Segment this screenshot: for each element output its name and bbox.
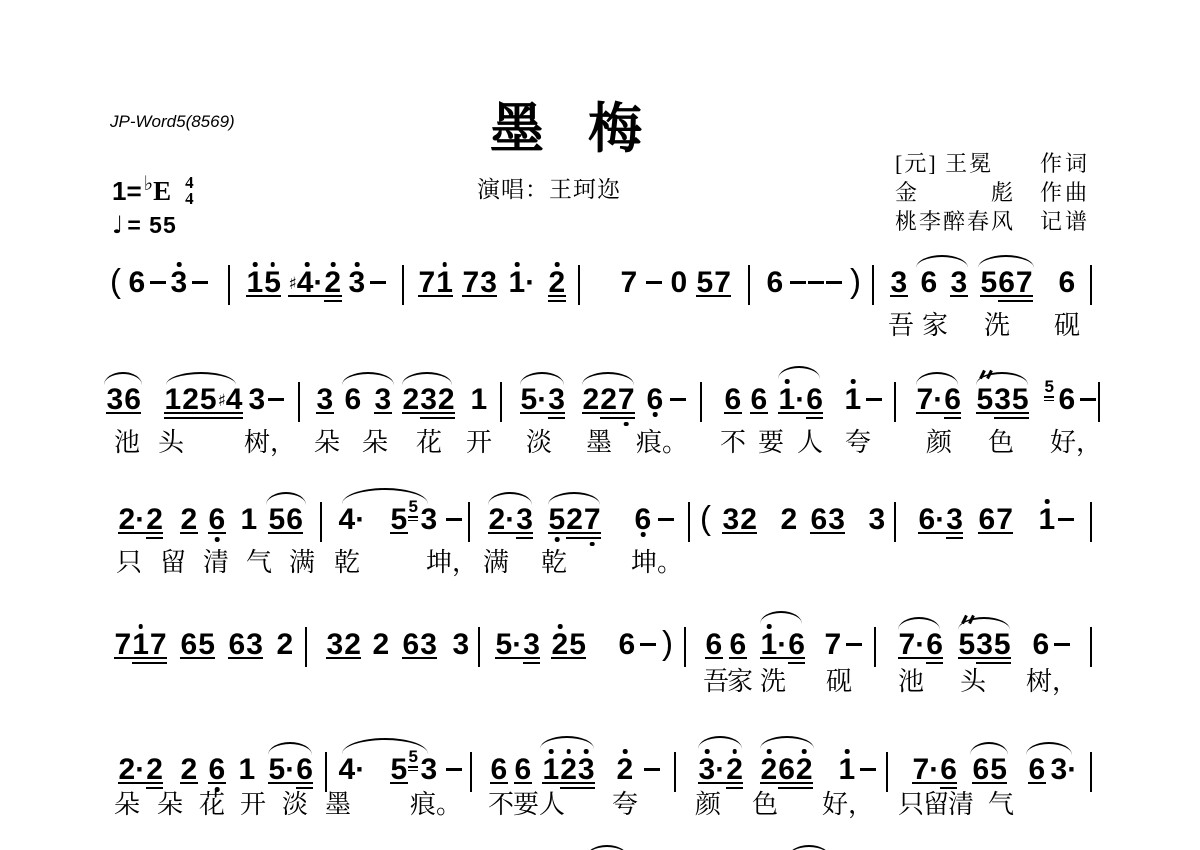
beam-underline <box>286 532 304 534</box>
note: 2 <box>551 630 569 660</box>
note: 5 <box>958 630 976 660</box>
note-group: 5·3 <box>520 385 565 415</box>
beam-underline <box>998 300 1016 302</box>
barline <box>578 265 580 305</box>
note-digit: 1 <box>845 383 862 416</box>
beam-underline <box>946 532 964 534</box>
beam-underline <box>1044 396 1054 398</box>
octave-dot-high <box>558 624 563 629</box>
note: 3 <box>480 268 498 298</box>
note-group: 7 <box>620 268 638 298</box>
slur-arc <box>916 255 968 268</box>
note-group: 6 <box>729 630 747 660</box>
beam-underline <box>978 532 996 534</box>
beam-underline <box>548 295 566 297</box>
note: 6· <box>918 505 946 535</box>
beam-underline <box>810 532 828 534</box>
octave-dot-high <box>270 262 275 267</box>
note-group: 6 <box>646 385 664 415</box>
note: 3· <box>698 755 726 785</box>
note-digit: 5 <box>1045 377 1054 396</box>
note-group: 3 <box>452 630 470 660</box>
note-group: 535 <box>976 385 1029 415</box>
note: 2 <box>726 755 744 785</box>
duration-dash <box>370 281 386 284</box>
augmentation-dot: · <box>525 266 535 299</box>
lyric-syllable: 坤。 <box>631 550 683 576</box>
note-group: 1 <box>470 385 488 415</box>
lyric-syllable: 痕。 <box>410 792 462 818</box>
note: 5· <box>268 755 296 785</box>
note-group: 5·6 <box>268 755 313 785</box>
beam-underline <box>994 417 1012 419</box>
note-group: 6 <box>618 630 636 660</box>
note: 2 <box>582 385 600 415</box>
note: 2 <box>276 630 294 660</box>
beam-underline <box>420 657 438 659</box>
beam-underline <box>980 295 998 297</box>
note: 1 <box>542 755 560 785</box>
note-group: 2 <box>276 630 294 660</box>
lyric-syllable: 砚 <box>826 669 852 695</box>
beam-underline <box>1015 295 1033 297</box>
barline <box>700 382 702 422</box>
beam-underline <box>600 412 618 414</box>
octave-dot-high <box>355 262 360 267</box>
note: 6 <box>944 385 962 415</box>
beam-underline <box>180 782 198 784</box>
beam-underline <box>402 657 420 659</box>
note: 7 <box>114 630 132 660</box>
note: 6 <box>228 630 246 660</box>
beam-underline <box>418 295 436 297</box>
beam-underline <box>208 532 226 534</box>
note-digit: 7 <box>825 628 842 661</box>
lyric-syllable: 淡 <box>282 792 308 818</box>
note: 5 <box>1011 385 1029 415</box>
octave-dot-high <box>851 379 856 384</box>
octave-dot-high <box>802 749 807 754</box>
note-group: 5 <box>390 505 408 535</box>
beam-underline <box>436 295 454 297</box>
octave-dot-high <box>732 749 737 754</box>
note-group: 3· <box>1050 755 1078 785</box>
beam-underline <box>217 417 243 419</box>
lyric-syllable: 色 <box>752 792 778 818</box>
beam-underline <box>617 412 635 414</box>
beam-underline <box>523 662 541 664</box>
beam-underline <box>420 417 438 419</box>
duration-dash <box>446 518 462 521</box>
beam-underline <box>944 417 962 419</box>
note-group: 2·2 <box>118 505 163 535</box>
note: 6 <box>920 268 938 298</box>
note: 3 <box>170 268 188 298</box>
note: 6 <box>998 268 1016 298</box>
note: 6 <box>208 505 226 535</box>
beam-underline <box>390 782 408 784</box>
barline <box>468 502 470 542</box>
lyric-syllable: 不 <box>720 430 746 456</box>
note-group: 3 <box>950 268 968 298</box>
beam-underline <box>118 782 146 784</box>
note-group: 717 <box>114 630 167 660</box>
lyric-syllable: 要 <box>758 430 784 456</box>
note-group: 7·6 <box>898 630 943 660</box>
beam-underline <box>548 412 566 414</box>
lyric-syllable: 砚 <box>1054 313 1080 339</box>
slur-arc <box>104 372 142 385</box>
note: 3 <box>994 385 1012 415</box>
note-group: 1·6 <box>760 630 805 660</box>
note: 5 <box>696 268 714 298</box>
parenthesis: ( <box>700 501 711 535</box>
note-group: 3 <box>890 268 908 298</box>
note-group: 15 <box>246 268 281 298</box>
lyric-syllable: 只 <box>898 792 924 818</box>
note-group: 6 <box>1058 268 1076 298</box>
beam-underline <box>490 782 508 784</box>
note: 2 <box>740 505 758 535</box>
beam-underline <box>795 782 813 784</box>
note: 1 <box>240 505 258 535</box>
note: 7· <box>898 630 926 660</box>
beam-underline <box>958 657 976 659</box>
lyric-syllable: 吾 <box>888 313 914 339</box>
beam-underline <box>577 782 595 784</box>
note: 6 <box>724 385 742 415</box>
note-group: 6 <box>208 755 226 785</box>
note: 6 <box>208 755 226 785</box>
beam-underline <box>788 662 806 664</box>
lyric-syllable: 色 <box>988 430 1014 456</box>
lyric-syllable: 开 <box>466 430 492 456</box>
note: 6 <box>940 755 958 785</box>
beam-underline <box>516 532 534 534</box>
note: 2 <box>760 755 778 785</box>
lyric-syllable: 人 <box>539 792 565 818</box>
sharp-icon: ♯ <box>218 391 226 411</box>
note: 3 <box>516 505 534 535</box>
duration-dash <box>644 768 660 771</box>
octave-dot-high <box>767 749 772 754</box>
note-group: 65 <box>180 630 215 660</box>
note-digit: 5 <box>409 497 418 516</box>
note: 2· <box>118 505 146 535</box>
note: 5 <box>264 268 282 298</box>
barline <box>305 627 307 667</box>
note-group: 63 <box>810 505 845 535</box>
note-group: 5 <box>408 505 418 515</box>
beam-underline <box>324 300 342 302</box>
barline <box>874 627 876 667</box>
note: 2 <box>324 268 342 298</box>
note-group: 3 <box>420 505 438 535</box>
note-group: 6·3 <box>918 505 963 535</box>
note-group: 262 <box>760 755 813 785</box>
beam-underline <box>296 782 314 784</box>
note: 2 <box>795 755 813 785</box>
beam-underline <box>246 657 264 659</box>
beam-underline <box>264 295 282 297</box>
beam-underline <box>164 412 182 414</box>
beam-underline <box>778 787 796 789</box>
note: 6 <box>1058 385 1076 415</box>
note-group: 3 <box>248 385 266 415</box>
beam-underline <box>1044 400 1054 402</box>
grace-note: 5 <box>408 748 418 765</box>
beam-underline <box>918 532 946 534</box>
note-group: 2 <box>372 630 390 660</box>
beam-underline <box>551 657 569 659</box>
lyric-syllable: 吾 <box>703 669 729 695</box>
note: 6 <box>972 755 990 785</box>
beam-underline <box>940 782 958 784</box>
note-group: 56 <box>268 505 303 535</box>
slur-arc <box>970 742 1008 755</box>
barline <box>1090 265 1092 305</box>
beam-underline <box>408 766 418 768</box>
octave-dot-high <box>584 749 589 754</box>
barline <box>894 382 896 422</box>
beam-underline <box>390 532 408 534</box>
note-digit: 3 <box>453 628 470 661</box>
note-digit: 3 <box>1051 753 1068 786</box>
beam-underline <box>705 657 723 659</box>
beam-underline <box>146 782 164 784</box>
beam-underline <box>408 770 418 772</box>
lyric-syllable: 乾 <box>334 550 360 576</box>
lyric-syllable: 气 <box>246 550 272 576</box>
beam-underline <box>228 657 246 659</box>
note: 6 <box>634 505 652 535</box>
note-group: 527 <box>548 505 601 535</box>
barline <box>1090 752 1092 792</box>
beam-underline <box>199 412 217 414</box>
beam-underline <box>344 657 362 659</box>
note: 6 <box>286 505 304 535</box>
note: 2 <box>402 385 420 415</box>
beam-underline <box>946 537 964 539</box>
note-digit: 5 <box>409 747 418 766</box>
beam-underline <box>994 412 1012 414</box>
beam-underline <box>993 662 1011 664</box>
beam-underline <box>408 520 418 522</box>
beam-underline <box>890 295 908 297</box>
barline <box>228 265 230 305</box>
note-group: 3 <box>868 505 886 535</box>
note-group: 3 <box>316 385 334 415</box>
lyric-syllable: 树， <box>244 430 296 456</box>
lyric-syllable: 颜 <box>926 430 952 456</box>
beam-underline <box>617 417 635 419</box>
beam-underline <box>560 787 578 789</box>
note: 3 <box>523 630 541 660</box>
duration-dash <box>860 768 876 771</box>
note-digit: 3 <box>421 503 438 536</box>
note: 3 <box>452 630 470 660</box>
note: 3 <box>976 630 994 660</box>
note: 2 <box>600 385 618 415</box>
grace-note: 5 <box>1044 378 1054 395</box>
beam-underline <box>199 417 217 419</box>
slur-arc <box>268 742 312 755</box>
note-digit: 1 <box>471 383 488 416</box>
note-digit: 1 <box>239 753 256 786</box>
note: 5· <box>520 385 548 415</box>
note-group: 6 <box>514 755 532 785</box>
note-digit: 6 <box>345 383 362 416</box>
note-group: 1 <box>844 385 862 415</box>
duration-dash <box>866 398 882 401</box>
note: 6 <box>766 268 784 298</box>
note: 3 <box>420 385 438 415</box>
note: 7 <box>1015 268 1033 298</box>
beam-underline <box>132 657 150 659</box>
duration-dash <box>446 768 462 771</box>
note: 1 <box>164 385 182 415</box>
note-digit: 2 <box>373 628 390 661</box>
lyric-syllable: 淡 <box>526 430 552 456</box>
octave-dot-low <box>641 532 646 537</box>
note: 4· <box>338 755 366 785</box>
octave-dot-high <box>442 262 447 267</box>
lyric-syllable: 朵 <box>314 430 340 456</box>
octave-dot-high <box>1045 499 1050 504</box>
note: 2 <box>344 630 362 660</box>
beam-underline <box>806 417 824 419</box>
note: 3 <box>246 630 264 660</box>
note-group: 32 <box>326 630 361 660</box>
note: 5 <box>390 505 408 535</box>
note-group: 6 <box>750 385 768 415</box>
note: 1 <box>246 268 264 298</box>
note-group: 3 <box>374 385 392 415</box>
note: 3 <box>316 385 334 415</box>
barline <box>674 752 676 792</box>
note: 6 <box>978 505 996 535</box>
note-digit: 3 <box>349 266 366 299</box>
note: 3 <box>420 755 438 785</box>
duration-dash <box>192 281 208 284</box>
note-group: 3 <box>348 268 366 298</box>
note: 6 <box>344 385 362 415</box>
note-digit: 6 <box>1033 628 1050 661</box>
note-group: 2 <box>180 505 198 535</box>
note: 2· <box>488 505 516 535</box>
duration-dash <box>646 281 662 284</box>
note-group: 6 <box>344 385 362 415</box>
beam-underline <box>164 417 182 419</box>
note: 1 <box>436 268 454 298</box>
beam-underline <box>698 782 726 784</box>
lyric-syllable: 洗 <box>984 313 1010 339</box>
beam-underline <box>420 412 438 414</box>
beam-underline <box>778 782 796 784</box>
note: 2 <box>372 630 390 660</box>
note-digit: 0 <box>671 266 688 299</box>
beam-underline <box>696 295 714 297</box>
note-digit: 1 <box>509 266 526 299</box>
slur-arc <box>1026 742 1072 755</box>
note: 5 <box>976 385 994 415</box>
note-group: 5 <box>390 755 408 785</box>
note: 3 <box>868 505 886 535</box>
note: 4· <box>338 505 366 535</box>
beam-underline <box>208 782 226 784</box>
lyric-syllable: 头 <box>158 430 184 456</box>
beam-underline <box>514 782 532 784</box>
octave-dot-low <box>215 537 220 542</box>
duration-dash <box>808 281 824 284</box>
octave-dot-low <box>590 542 595 547</box>
note: 6 <box>788 630 806 660</box>
beam-underline <box>146 537 164 539</box>
note-digit: 2 <box>617 753 634 786</box>
slur-arc <box>698 736 742 749</box>
note: 6 <box>402 630 420 660</box>
note-group: 3·2 <box>698 755 743 785</box>
note: 3 <box>577 755 595 785</box>
beam-underline <box>402 412 420 414</box>
note: 3 <box>946 505 964 535</box>
note: 6 <box>778 755 796 785</box>
note-digit: 3 <box>249 383 266 416</box>
note: 2 <box>180 755 198 785</box>
lyric-syllable: 家 <box>922 313 948 339</box>
note: 5 <box>199 385 217 415</box>
note: ♯4· <box>288 268 324 298</box>
lyric-syllable: 朵 <box>114 792 140 818</box>
duration-dash <box>1080 398 1096 401</box>
note-digit: 7 <box>621 266 638 299</box>
note-group: 6 <box>634 505 652 535</box>
octave-dot-low <box>653 412 658 417</box>
note: 7· <box>912 755 940 785</box>
slur-arc <box>166 372 236 385</box>
note: 6 <box>618 630 636 660</box>
octave-dot-high <box>253 262 258 267</box>
beam-underline <box>542 782 560 784</box>
note-group: 6 <box>1032 630 1050 660</box>
lyric-syllable: 要 <box>513 792 539 818</box>
note: 3 <box>828 505 846 535</box>
lyric-syllable: 开 <box>240 792 266 818</box>
score: (6315♯4·2371731·270576)3635676吾家洗砚36125♯… <box>0 0 1200 850</box>
note: 6 <box>514 755 532 785</box>
note: 7 <box>996 505 1014 535</box>
note-group: 2·2 <box>118 755 163 785</box>
augmentation-dot: · <box>355 503 365 536</box>
note-group: 232 <box>402 385 455 415</box>
octave-dot-low <box>624 422 629 427</box>
slur-arc <box>978 255 1034 268</box>
duration-dash <box>790 281 806 284</box>
lyric-syllable: 夸 <box>612 792 638 818</box>
lyric-syllable: 朵 <box>157 792 183 818</box>
note: 6 <box>1058 268 1076 298</box>
beam-underline <box>577 787 595 789</box>
note: 3 <box>548 385 566 415</box>
octave-dot-high <box>767 624 772 629</box>
note-digit: 6 <box>619 628 636 661</box>
note-digit: 6 <box>767 266 784 299</box>
beam-underline <box>950 295 968 297</box>
note-group: 25 <box>551 630 586 660</box>
note: 3· <box>1050 755 1078 785</box>
beam-underline <box>916 412 944 414</box>
note: 7 <box>418 268 436 298</box>
